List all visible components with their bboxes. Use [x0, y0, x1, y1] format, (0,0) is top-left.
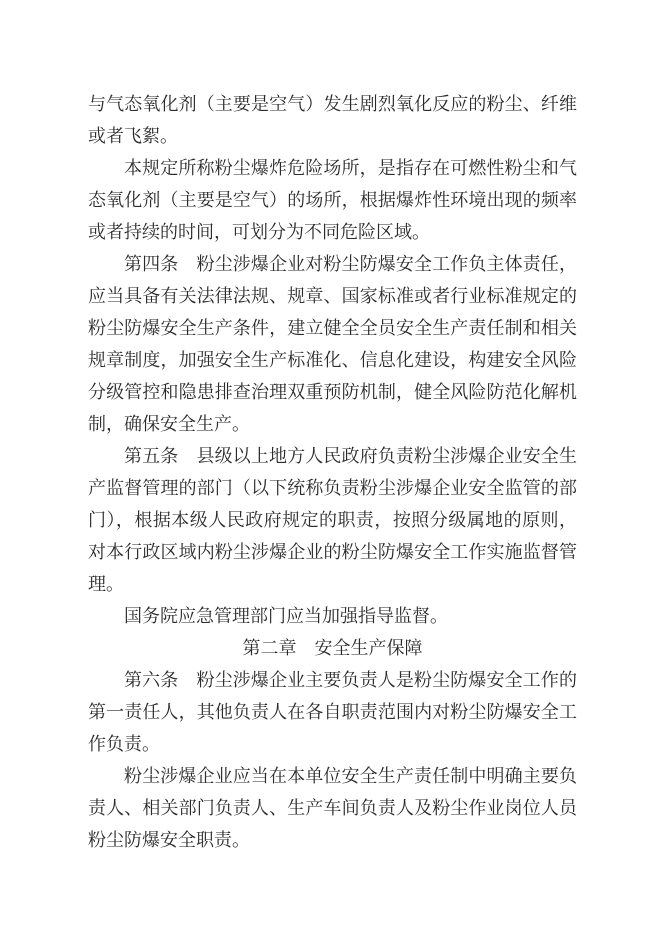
body-paragraph: 国务院应急管理部门应当加强指导监督。 — [88, 600, 577, 632]
body-paragraph-article-5: 第五条 县级以上地方人民政府负责粉尘涉爆企业安全生产监督管理的部门（以下统称负责… — [88, 440, 577, 600]
body-paragraph: 本规定所称粉尘爆炸危险场所，是指存在可燃性粉尘和气态氧化剂（主要是空气）的场所，… — [88, 152, 577, 248]
document-page: 与气态氧化剂（主要是空气）发生剧烈氧化反应的粉尘、纤维或者飞絮。 本规定所称粉尘… — [0, 0, 662, 936]
document-text-block: 与气态氧化剂（主要是空气）发生剧烈氧化反应的粉尘、纤维或者飞絮。 本规定所称粉尘… — [88, 88, 577, 856]
body-paragraph: 粉尘涉爆企业应当在本单位安全生产责任制中明确主要负责人、相关部门负责人、生产车间… — [88, 760, 577, 856]
body-paragraph-article-6: 第六条 粉尘涉爆企业主要负责人是粉尘防爆安全工作的第一责任人，其他负责人在各自职… — [88, 664, 577, 760]
chapter-heading: 第二章 安全生产保障 — [88, 632, 577, 664]
body-paragraph-article-4: 第四条 粉尘涉爆企业对粉尘防爆安全工作负主体责任，应当具备有关法律法规、规章、国… — [88, 248, 577, 440]
body-paragraph-continuation: 与气态氧化剂（主要是空气）发生剧烈氧化反应的粉尘、纤维或者飞絮。 — [88, 88, 577, 152]
